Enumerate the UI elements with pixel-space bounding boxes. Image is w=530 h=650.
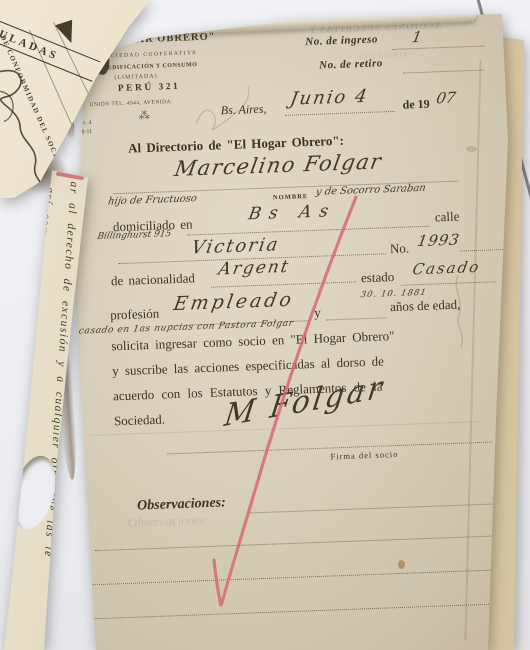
folded-doc-signature: [0, 52, 132, 212]
folded-doc-shadow: ANULADAS DE CONFORMIDAD DEL SOCIO: [0, 0, 530, 650]
folded-doc-hole: [55, 20, 79, 46]
photo-of-document: "HOGAR OBRERO" SOCIEDAD COOPERATIVA TO, …: [0, 0, 530, 650]
folded-anuladas-doc: ANULADAS DE CONFORMIDAD DEL SOCIO: [0, 0, 530, 650]
